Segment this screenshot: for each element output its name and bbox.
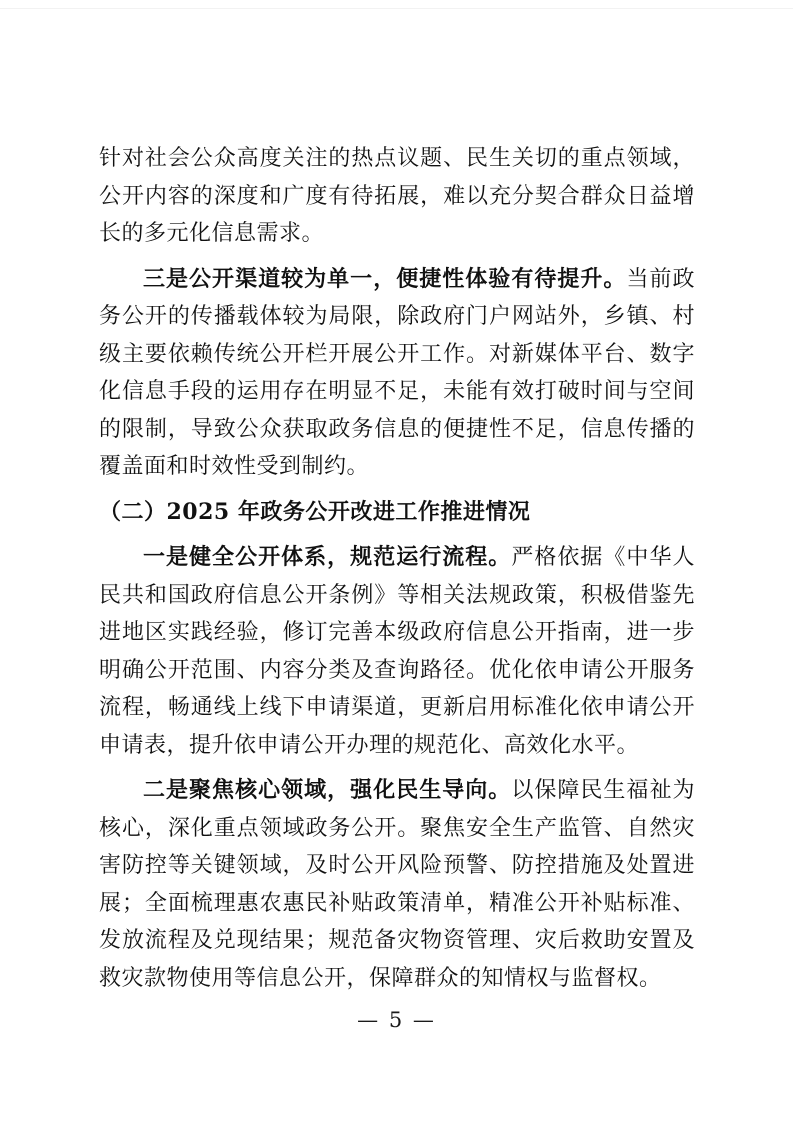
paragraph-bold-lead: 二是聚焦核心领域，强化民生导向。 [143, 777, 511, 803]
document-body: 针对社会公众高度关注的热点议题、民生关切的重点领域，公开内容的深度和广度有待拓展… [99, 140, 695, 997]
paragraph-text: 以保障民生福祉为核心，深化重点领域政务公开。聚焦安全生产监管、自然灾害防控等关键… [99, 778, 695, 991]
section-heading-2025-improvement: （二）2025 年政务公开改进工作推进情况 [99, 494, 695, 532]
paragraph-channel-issue: 三是公开渠道较为单一，便捷性体验有待提升。当前政务公开的传播载体较为局限，除政府… [99, 261, 695, 486]
paragraph-continuation: 针对社会公众高度关注的热点议题、民生关切的重点领域，公开内容的深度和广度有待拓展… [99, 140, 695, 253]
paragraph-bold-lead: 一是健全公开体系，规范运行流程。 [143, 544, 511, 570]
paragraph-text: 当前政务公开的传播载体较为局限，除政府门户网站外，乡镇、村级主要依赖传统公开栏开… [99, 267, 695, 480]
scan-edge-line [0, 8, 793, 9]
paragraph-text: 针对社会公众高度关注的热点议题、民生关切的重点领域，公开内容的深度和广度有待拓展… [99, 146, 695, 246]
paragraph-system-building: 一是健全公开体系，规范运行流程。严格依据《中华人民共和国政府信息公开条例》等相关… [99, 539, 695, 764]
paragraph-core-areas: 二是聚焦核心领域，强化民生导向。以保障民生福祉为核心，深化重点领域政务公开。聚焦… [99, 772, 695, 997]
page-number: — 5 — [0, 1005, 793, 1035]
document-page: 针对社会公众高度关注的热点议题、民生关切的重点领域，公开内容的深度和广度有待拓展… [0, 0, 793, 1122]
paragraph-bold-lead: 三是公开渠道较为单一，便捷性体验有待提升。 [143, 266, 626, 292]
paragraph-text: 严格依据《中华人民共和国政府信息公开条例》等相关法规政策，积极借鉴先进地区实践经… [99, 545, 695, 758]
